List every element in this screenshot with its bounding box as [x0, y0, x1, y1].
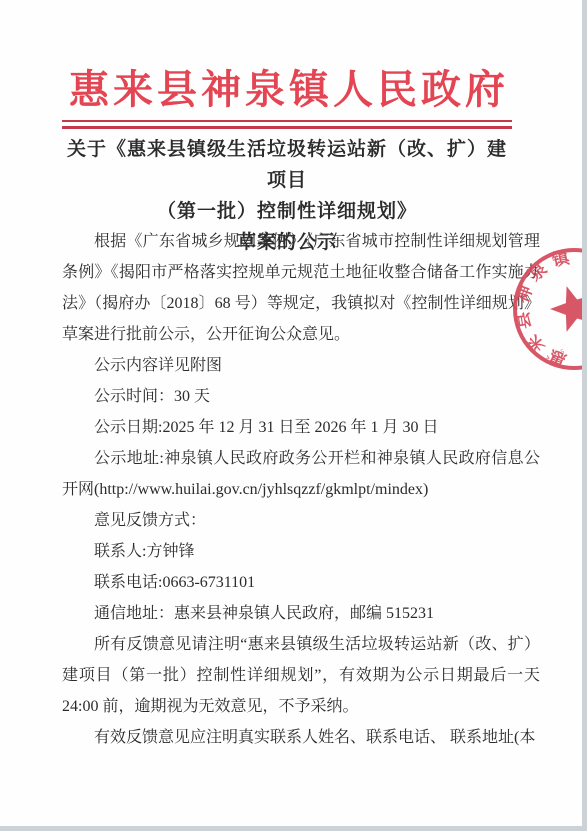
scanned-notice-page: 惠来县神泉镇人民政府 关于《惠来县镇级生活垃圾转运站新（改、扩）建项目 （第一批…	[0, 0, 587, 831]
official-red-seal: 惠来县神泉镇 4 4 5	[499, 234, 587, 384]
notice-body: 根据《广东省城乡规划条例》《广东省城市控制性详细规划管理 条例》《揭阳市严格落实…	[62, 226, 540, 753]
body-line: 公示时间：30 天	[62, 381, 540, 412]
body-line: 法》（揭府办〔2018〕68 号）等规定，我镇拟对《控制性详细规划》	[62, 288, 540, 319]
red-separator-rule	[62, 120, 512, 129]
body-line: 公示内容详见附图	[62, 350, 540, 381]
heading-line-1: 关于《惠来县镇级生活垃圾转运站新（改、扩）建项目	[62, 134, 512, 196]
body-line: 通信地址：惠来县神泉镇人民政府，邮编 515231	[62, 598, 540, 629]
body-line: 建项目（第一批）控制性详细规划”，有效期为公示日期最后一天	[62, 660, 540, 691]
body-line: 意见反馈方式：	[62, 505, 540, 536]
body-line: 联系电话:0663-6731101	[62, 567, 540, 598]
body-line-url: 开网(http://www.huilai.gov.cn/jyhlsqzzf/gk…	[62, 474, 540, 505]
body-line: 公示日期:2025 年 12 月 31 日至 2026 年 1 月 30 日	[62, 412, 540, 443]
body-line: 联系人:方钟锋	[62, 536, 540, 567]
heading-line-2: （第一批）控制性详细规划》	[62, 196, 512, 227]
body-line: 24:00 前，逾期视为无效意见，不予采纳。	[62, 691, 540, 722]
body-line: 条例》《揭阳市严格落实控规单元规范土地征收整合储备工作实施办	[62, 257, 540, 288]
body-line: 草案进行批前公示，公开征询公众意见。	[62, 319, 540, 350]
body-line: 有效反馈意见应注明真实联系人姓名、联系电话、 联系地址(本	[62, 722, 540, 753]
body-line: 根据《广东省城乡规划条例》《广东省城市控制性详细规划管理	[62, 226, 540, 257]
body-line: 公示地址:神泉镇人民政府政务公开栏和神泉镇人民政府信息公	[62, 443, 540, 474]
body-line: 所有反馈意见请注明“惠来县镇级生活垃圾转运站新（改、扩）	[62, 629, 540, 660]
seal-star-icon	[550, 286, 587, 332]
government-title: 惠来县神泉镇人民政府	[0, 64, 578, 116]
